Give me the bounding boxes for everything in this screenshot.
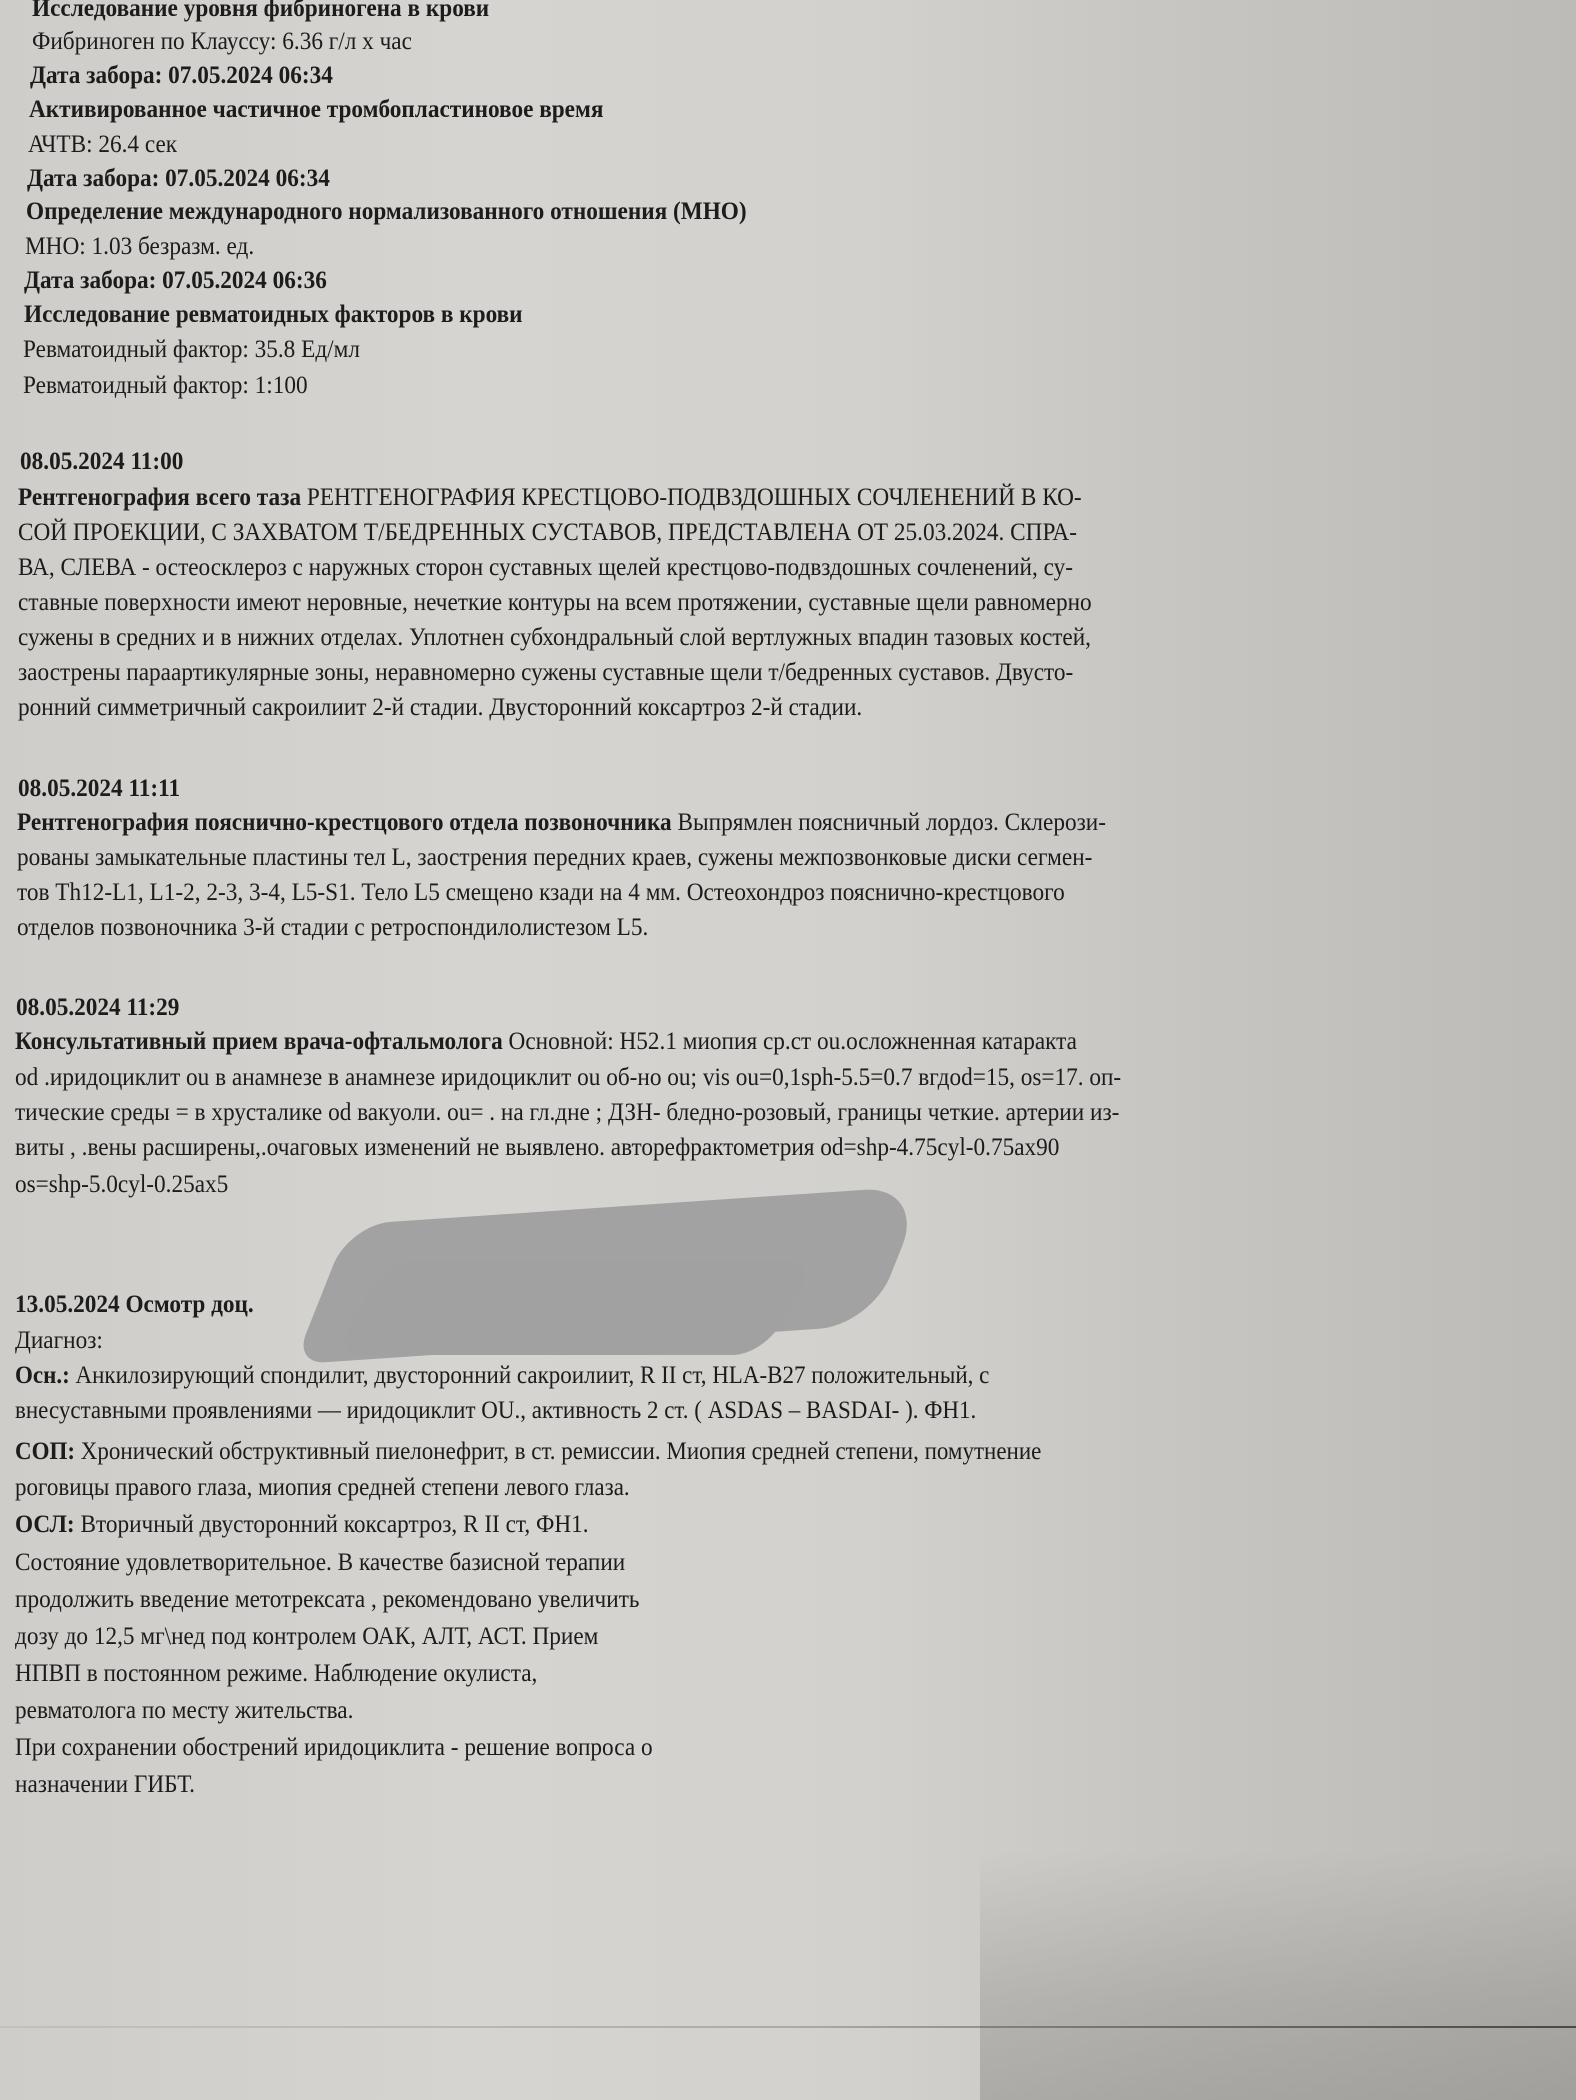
lab-title-rheumatoid: Исследование ревматоидных факторов в кро… <box>24 300 523 330</box>
entry-datetime: 08.05.2024 11:00 <box>20 447 183 477</box>
diagnosis-comorbid-cont: роговицы правого глаза, миопия средней с… <box>15 1473 630 1503</box>
lab-title-aptt: Активированное частичное тромбопластинов… <box>29 95 603 125</box>
lab-result-rheumatoid-2: Ревматоидный фактор: 1:100 <box>23 371 308 401</box>
entry-line: ВА, СЛЕВА - остеосклероз с наружных стор… <box>18 553 1073 583</box>
entry-line: Консультативный прием врача-офтальмолога… <box>15 1027 1077 1057</box>
entry-line: СОЙ ПРОЕКЦИИ, С ЗАХВАТОМ Т/БЕДРЕННЫХ СУС… <box>18 518 1077 548</box>
entry-line: ронний симметричный сакроилиит 2-й стади… <box>18 693 862 723</box>
entry-line: os=shp-5.0cyl-0.25ax5 <box>15 1170 228 1200</box>
plan-line: дозу до 12,5 мг\нед под контролем ОАК, А… <box>15 1622 598 1652</box>
paper-shadow <box>980 1850 1576 2100</box>
entry-line: Рентгенография всего таза РЕНТГЕНОГРАФИЯ… <box>18 483 1082 513</box>
paper-fold-line <box>0 2026 1576 2028</box>
entry-datetime: 08.05.2024 11:29 <box>16 993 179 1023</box>
plan-line: продолжить введение метотрексата , реком… <box>15 1585 639 1615</box>
entry-line: заострены параартикулярные зоны, неравно… <box>18 658 1073 688</box>
lab-title-fibrinogen: Исследование уровня фибриногена в крови <box>32 0 489 24</box>
lab-result-fibrinogen: Фибриноген по Клауссу: 6.36 г/л х час <box>32 27 412 57</box>
exam-header: 13.05.2024 Осмотр доц. <box>15 1290 254 1320</box>
scanned-document-page: Исследование уровня фибриногена в крови … <box>0 0 1576 2100</box>
lab-date-fibrinogen: Дата забора: 07.05.2024 06:34 <box>30 61 333 91</box>
diagnosis-label: Диагноз: <box>15 1326 103 1356</box>
lab-date-inr: Дата забора: 07.05.2024 06:36 <box>24 266 327 296</box>
entry-line: ставные поверхности имеют неровные, нече… <box>18 588 1092 618</box>
plan-line: НПВП в постоянном режиме. Наблюдение оку… <box>15 1659 537 1689</box>
lab-result-aptt: АЧТВ: 26.4 сек <box>28 130 177 160</box>
plan-line: ревматолога по месту жительства. <box>15 1696 353 1726</box>
diagnosis-complication: ОСЛ: Вторичный двусторонний коксартроз, … <box>15 1510 589 1540</box>
lab-result-inr: МНО: 1.03 безразм. ед. <box>25 232 254 262</box>
entry-line: od .иридоциклит ou в анамнезе в анамнезе… <box>15 1063 1121 1093</box>
lab-result-rheumatoid-1: Ревматоидный фактор: 35.8 Ед/мл <box>23 335 360 365</box>
diagnosis-main: Осн.: Анкилозирующий спондилит, двусторо… <box>15 1361 989 1391</box>
diagnosis-main-cont: внесуставными проявлениями — иридоциклит… <box>15 1396 976 1426</box>
plan-line: назначении ГИБТ. <box>15 1770 195 1800</box>
entry-line: отделов позвоночника 3-й стадии с ретрос… <box>17 913 648 943</box>
entry-line: Рентгенография пояснично-крестцового отд… <box>17 808 1106 838</box>
entry-line: тические среды = в хрусталике od вакуоли… <box>15 1098 1119 1128</box>
entry-line: виты , .вены расширены,.очаговых изменен… <box>15 1133 1059 1163</box>
entry-line: рованы замыкательные пластины тел L, зао… <box>17 843 1092 873</box>
entry-line: тов Th12-L1, L1-2, 2-3, 3-4, L5-S1. Тело… <box>17 878 1065 908</box>
diagnosis-comorbid: СОП: Хронический обструктивный пиелонефр… <box>15 1437 1041 1467</box>
entry-line: сужены в средних и в нижних отделах. Упл… <box>18 623 1091 653</box>
plan-line: При сохранении обострений иридоциклита -… <box>15 1733 653 1763</box>
redaction-mark <box>333 1260 818 1355</box>
plan-line: Состояние удовлетворительное. В качестве… <box>15 1548 625 1578</box>
entry-datetime: 08.05.2024 11:11 <box>18 774 180 804</box>
lab-title-inr: Определение международного нормализованн… <box>26 197 747 227</box>
lab-date-aptt: Дата забора: 07.05.2024 06:34 <box>27 164 330 194</box>
